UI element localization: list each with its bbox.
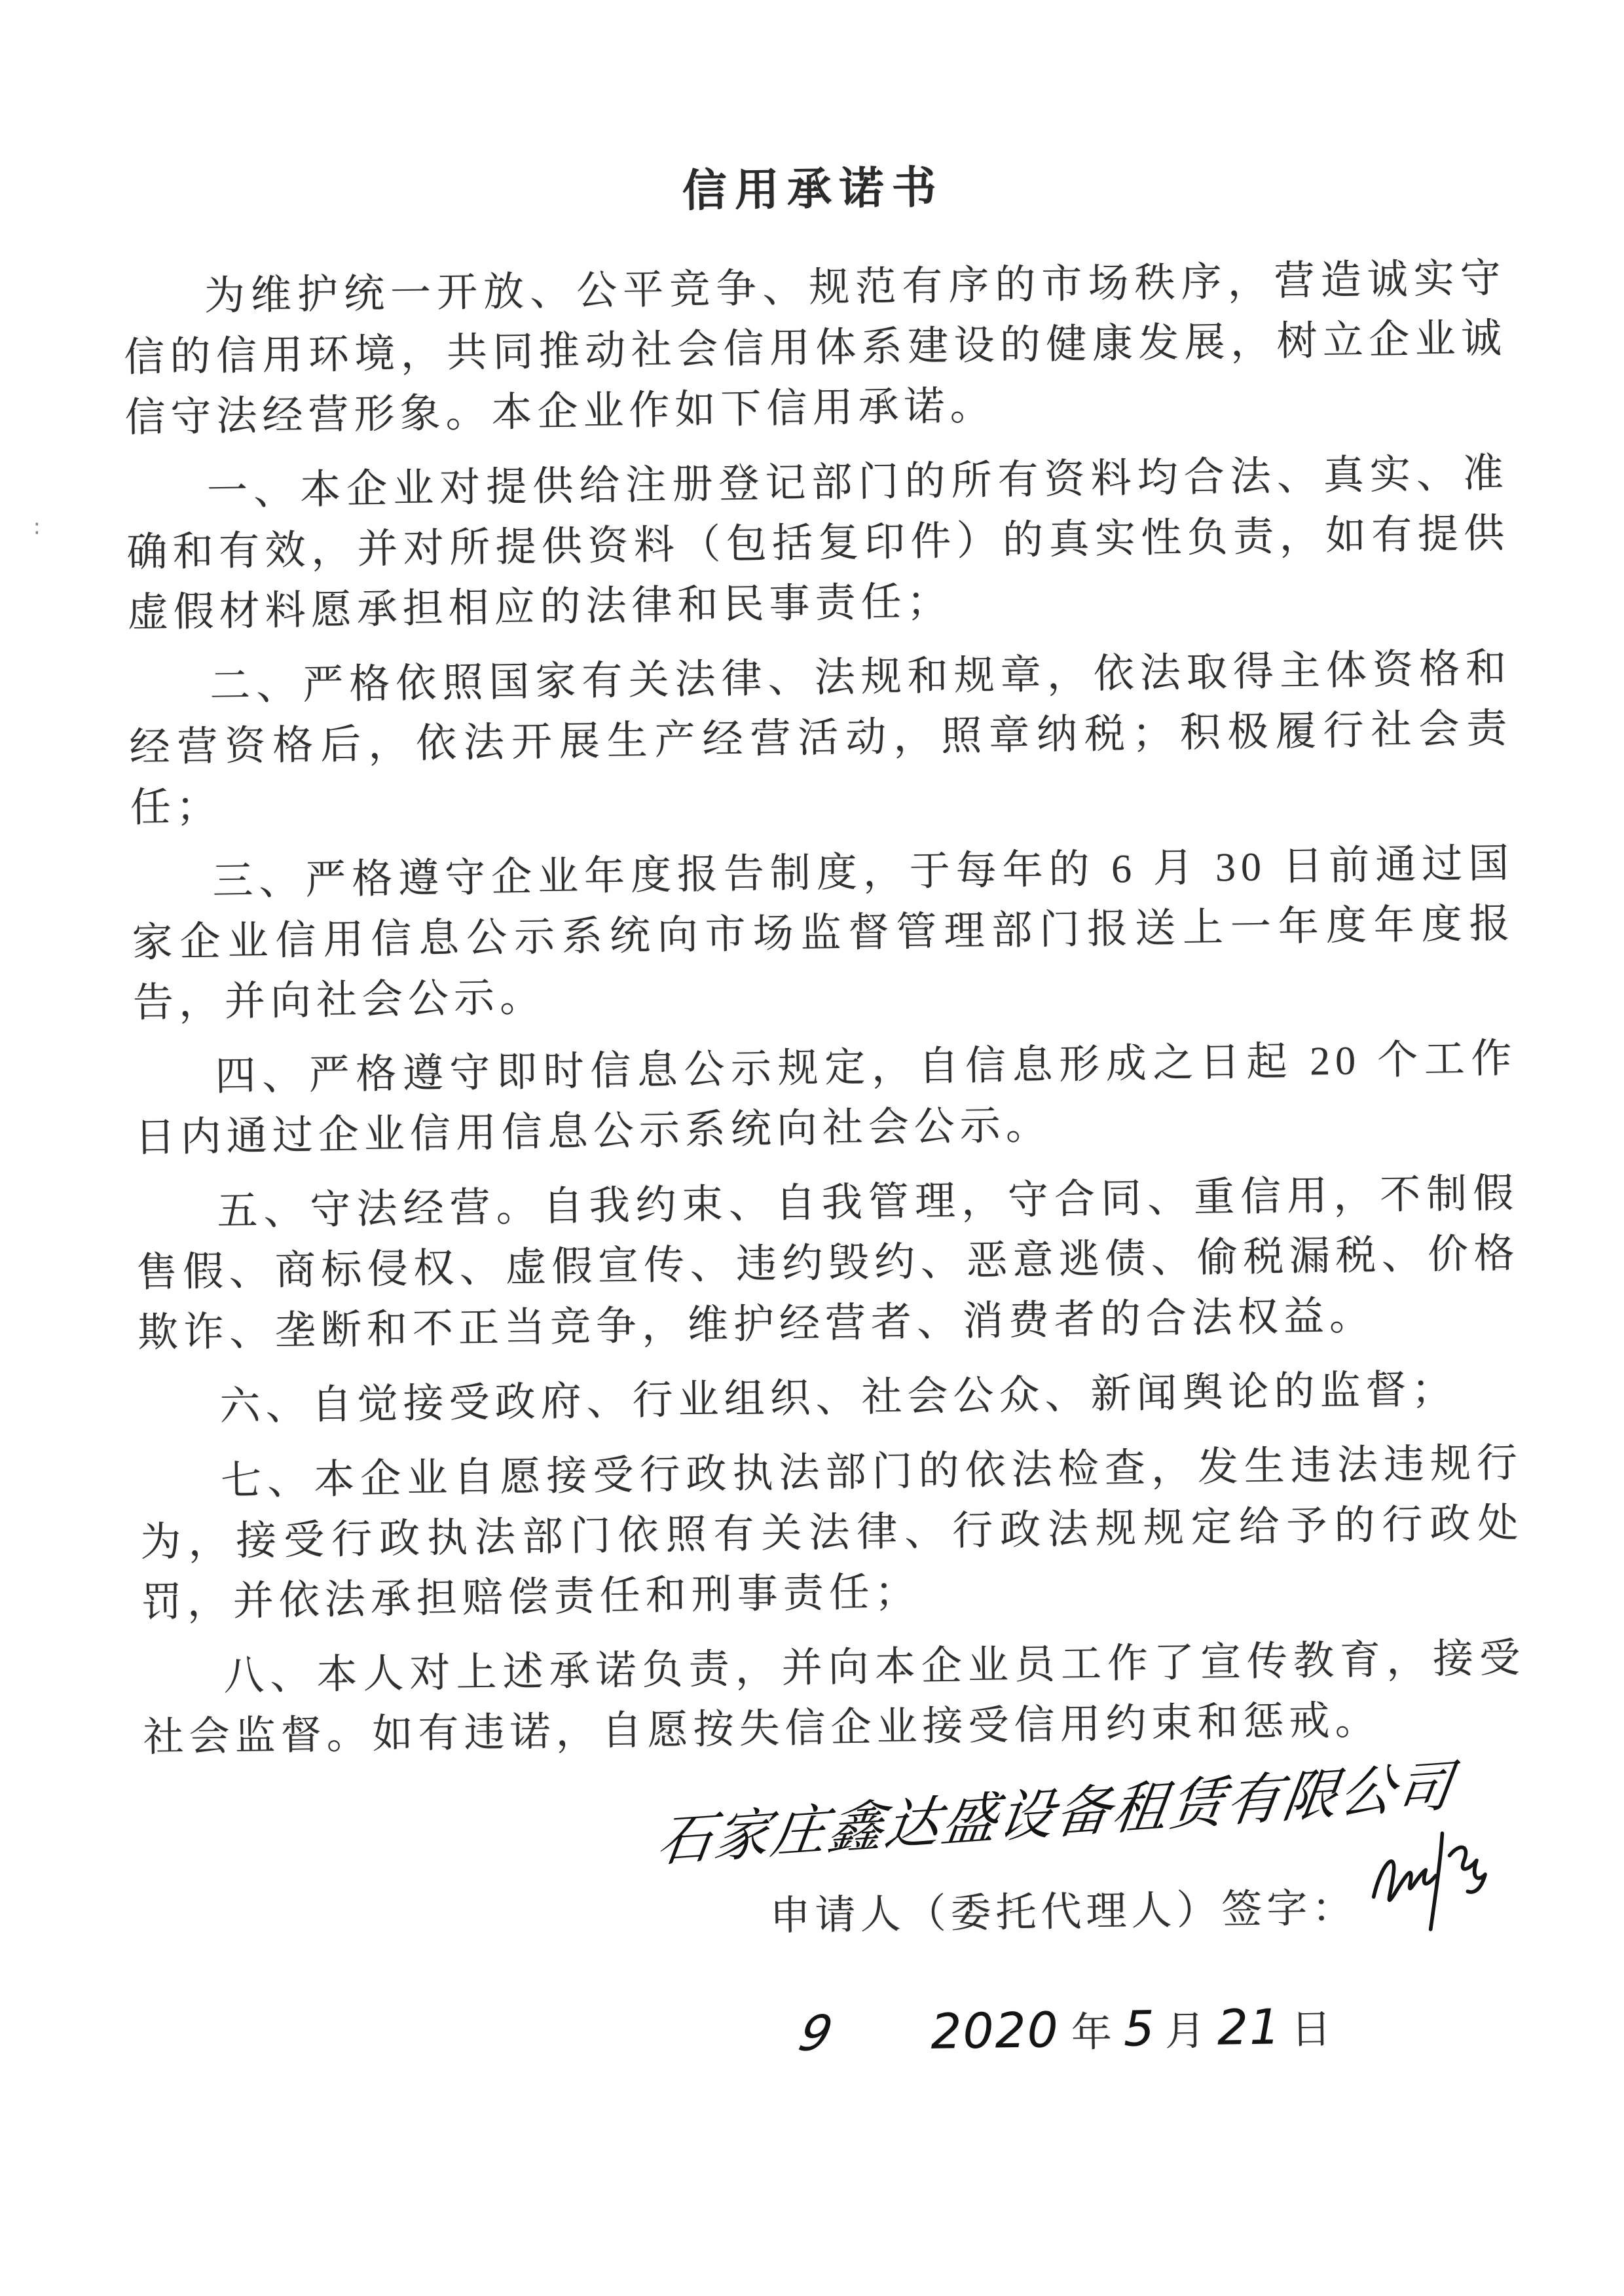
commitment-item-7: 七、本企业自愿接受行政执法部门的依法检查，发生违法违规行为，接受行政执法部门依照… <box>139 1433 1525 1633</box>
commitment-item-4: 四、严格遵守即时信息公示规定，自信息形成之日起 20 个工作日内通过企业信用信息… <box>134 1029 1518 1168</box>
signature-label: 申请人（委托代理人）签字： <box>769 1886 1357 1939</box>
day-label: 日 <box>1291 2007 1335 2052</box>
handwritten-month: 5 <box>1123 2001 1156 2058</box>
signature-block: 石家庄鑫达盛设备租赁有限公司 申请人（委托代理人）签字： 92020年5月21日 <box>144 1763 1531 2071</box>
stray-pen-mark: 9 <box>794 2005 839 2062</box>
commitment-item-2: 二、严格依照国家有关法律、法规和规章，依法取得主体资格和经营资格后，依法开展生产… <box>128 638 1514 838</box>
commitment-item-1: 一、本企业对提供给注册登记部门的所有资料均合法、真实、准确和有效，并对所提供资料… <box>125 443 1511 643</box>
scan-artifact-dots: ∶ <box>34 516 40 542</box>
date-line: 92020年5月21日 <box>147 1994 1531 2071</box>
scanned-document-page: 信用承诺书 为维护统一开放、公平竞争、规范有序的市场秩序，营造诚实守信的信用环境… <box>0 0 1624 2296</box>
handwritten-day: 21 <box>1217 1999 1282 2056</box>
applicant-signature-line: 申请人（委托代理人）签字： <box>145 1851 1530 1988</box>
handwritten-year: 2020 <box>931 2002 1060 2060</box>
handwritten-signature-scribble <box>1354 1814 1505 1948</box>
document-title: 信用承诺书 <box>121 144 1505 227</box>
month-label: 月 <box>1164 2009 1208 2054</box>
commitment-item-6: 六、自觉接受政府、行业组织、社会公众、新闻舆论的监督； <box>138 1358 1522 1438</box>
commitment-item-3: 三、严格遵守企业年度报告制度，于每年的 6 月 30 日前通过国家企业信用信息公… <box>131 833 1517 1033</box>
commitment-item-5: 五、守法经营。自我约束、自我管理，守合同、重信用，不制假售假、商标侵权、虚假宣传… <box>136 1163 1521 1363</box>
intro-paragraph: 为维护统一开放、公平竞争、规范有序的市场秩序，营造诚实守信的信用环境，共同推动社… <box>122 248 1508 448</box>
year-label: 年 <box>1071 2011 1115 2056</box>
document-content: 信用承诺书 为维护统一开放、公平竞争、规范有序的市场秩序，营造诚实守信的信用环境… <box>121 144 1530 2071</box>
commitment-item-8: 八、本人对上述承诺负责，并向本企业员工作了宣传教育，接受社会监督。如有违诺，自愿… <box>142 1628 1526 1768</box>
